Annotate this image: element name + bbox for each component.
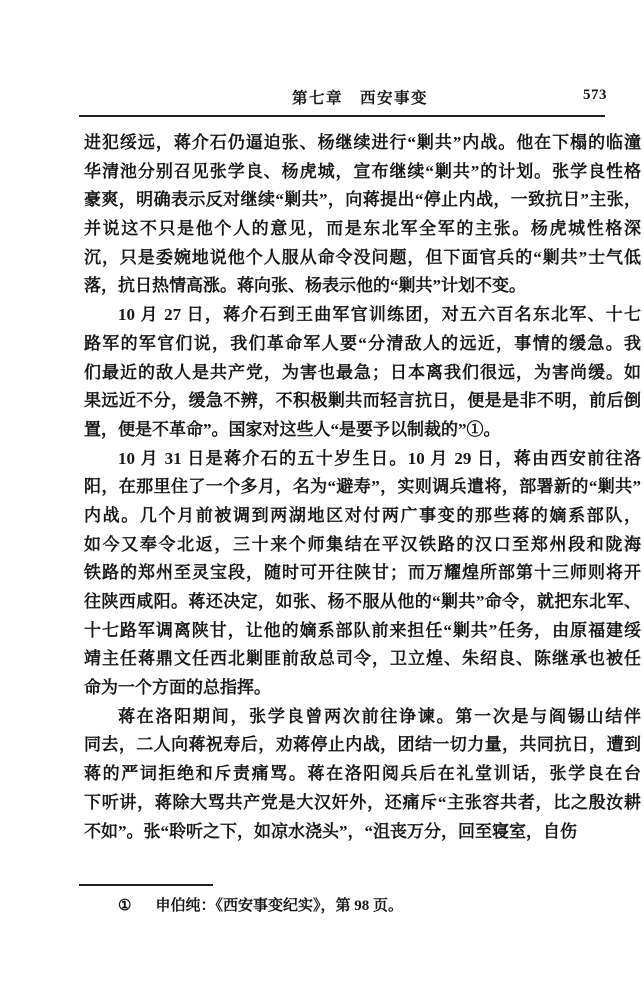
text-line: 10 月 27 日，蒋介石到王曲军官训练团，对五六百名东北军、十七 [84, 301, 641, 330]
text-line: 如今又奉令北返，三十来个师集结在平汉铁路的汉口至郑州段和陇海 [84, 531, 641, 560]
book-page: 第七章 西安事变 573 进犯绥远，蒋介石仍逼迫张、杨继续进行“剿共”内战。他在… [0, 0, 644, 1000]
text-line: 蒋在洛阳期间，张学良曾两次前往诤谏。第一次是与阎锡山结伴 [84, 703, 641, 732]
footnote-text: 申伯纯：《西安事变纪实》，第 98 页。 [155, 896, 403, 916]
text-line: 们最近的敌人是共产党，为害也最急；日本离我们很远，为害尚缓。如 [84, 359, 641, 388]
text-line: 果远近不分，缓急不辨，不积极剿共而轻言抗日，便是是非不明，前后倒 [84, 387, 641, 416]
text-line: 往陕西咸阳。蒋还决定，如张、杨不服从他的“剿共”命令，就把东北军、 [84, 588, 641, 617]
text-line: 并说这不只是他个人的意见，而是东北军全军的主张。杨虎城性格深 [84, 215, 641, 244]
footnote-marker: ① [118, 896, 131, 916]
footnote-rule [79, 884, 213, 886]
chapter-title: 第七章 西安事变 [292, 86, 428, 108]
body-text: 进犯绥远，蒋介石仍逼迫张、杨继续进行“剿共”内战。他在下榻的临潼 华清池分别召见… [84, 129, 641, 846]
page-number: 573 [583, 87, 607, 104]
text-line: 铁路的郑州至灵宝段，随时可开往陕甘；而万耀煌所部第十三师则将开 [84, 559, 641, 588]
text-line: 豪爽，明确表示反对继续“剿共”，向蒋提出“停止内战，一致抗日”主张， [84, 186, 641, 215]
text-line: 华清池分别召见张学良、杨虎城，宣布继续“剿共”的计划。张学良性格 [84, 158, 641, 187]
text-line: 命为一个方面的总指挥。 [84, 674, 641, 703]
text-line: 10 月 31 日是蒋介石的五十岁生日。10 月 29 日，蒋由西安前往洛 [84, 445, 641, 474]
text-line: 进犯绥远，蒋介石仍逼迫张、杨继续进行“剿共”内战。他在下榻的临潼 [84, 129, 641, 158]
text-line: 路军的军官们说，我们革命军人要“分清敌人的远近，事情的缓急。我 [84, 330, 641, 359]
header-rule [79, 115, 605, 117]
text-line: 不如”。张“聆听之下，如凉水浇头”，“沮丧万分，回至寝室，自伤 [84, 818, 641, 847]
text-line: 落，抗日热情高涨。蒋向张、杨表示他的“剿共”计划不变。 [84, 272, 641, 301]
text-line: 置，便是不革命”。国家对这些人“是要予以制裁的”①。 [84, 416, 641, 445]
running-head: 第七章 西安事变 573 [80, 86, 640, 108]
text-line: 内战。几个月前被调到两湖地区对付两广事变的那些蒋的嫡系部队， [84, 502, 641, 531]
text-line: 下听讲，蒋除大骂共产党是大汉奸外，还痛斥“主张容共者，比之殷汝耕 [84, 789, 641, 818]
text-line: 阳，在那里住了一个多月，名为“避寿”，实则调兵遣将，部署新的“剿共” [84, 473, 641, 502]
text-line: 十七路军调离陕甘，让他的嫡系部队前来担任“剿共”任务，由原福建绥 [84, 617, 641, 646]
text-line: 同去，二人向蒋祝寿后，劝蒋停止内战，团结一切力量，共同抗日，遭到 [84, 731, 641, 760]
text-line: 蒋的严词拒绝和斥责痛骂。蒋在洛阳阅兵后在礼堂训话，张学良在台 [84, 760, 641, 789]
text-line: 沉，只是委婉地说他个人服从命令没问题，但下面官兵的“剿共”士气低 [84, 244, 641, 273]
text-line: 靖主任蒋鼎文任西北剿匪前敌总司令，卫立煌、朱绍良、陈继承也被任 [84, 645, 641, 674]
footnote: ① 申伯纯：《西安事变纪实》，第 98 页。 [118, 896, 403, 916]
